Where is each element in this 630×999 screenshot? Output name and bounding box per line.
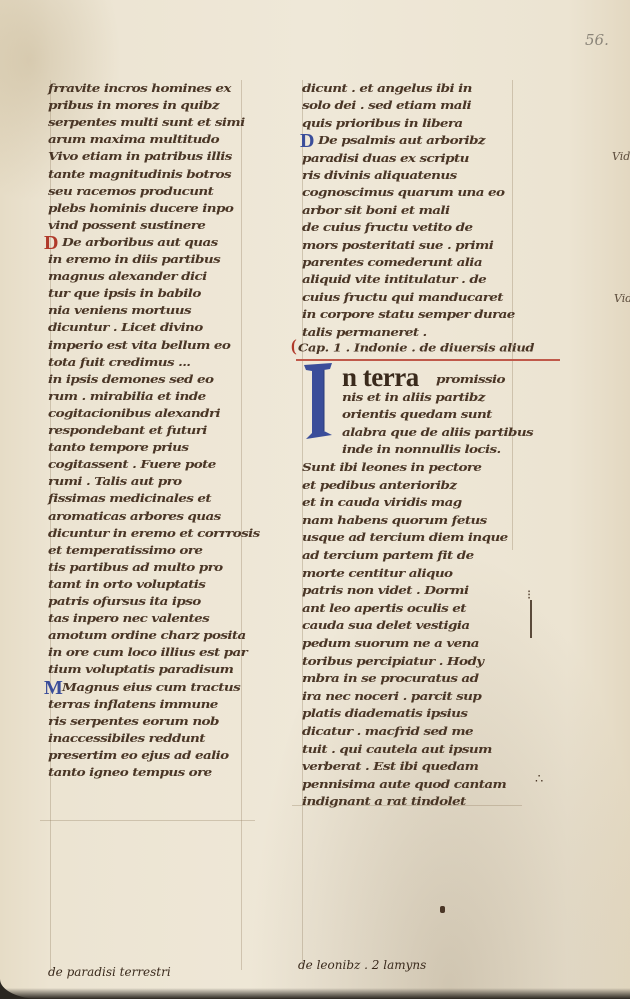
- manuscript-line: de cuius fructu vetito de: [302, 221, 472, 234]
- margin-bracket-line: [530, 600, 532, 638]
- manuscript-line: inde in nonnullis locis.: [342, 443, 501, 456]
- page-edge-shadow: [0, 988, 630, 999]
- manuscript-line: ris serpentes eorum nob: [48, 715, 219, 728]
- manuscript-line: respondebant et futuri: [48, 424, 207, 437]
- manuscript-line: tante magnitudinis botros: [48, 168, 231, 181]
- manuscript-line: mors posteritati sue . primi: [302, 239, 493, 252]
- manuscript-line: platis diadematis ipsius: [302, 707, 467, 720]
- manuscript-line: serpentes multi sunt et simi: [48, 116, 245, 129]
- manuscript-line: cogitacionibus alexandri: [48, 407, 220, 420]
- ink-blot: [440, 906, 445, 913]
- manuscript-line: usque ad tercium diem inque: [302, 531, 508, 544]
- manuscript-line: cauda sua delet vestigia: [302, 619, 470, 632]
- rubric-initial-mark: (: [291, 336, 297, 356]
- manuscript-line: magnus alexander dici: [48, 270, 207, 283]
- manuscript-line: tas inpero nec valentes: [48, 612, 209, 625]
- manuscript-line: paradisi duas ex scriptu: [302, 152, 469, 165]
- ruling-line: [40, 820, 255, 821]
- manuscript-line: De psalmis aut arboribz: [318, 134, 485, 147]
- decorated-initial: D: [300, 130, 314, 153]
- incipit-text: n terra: [342, 362, 419, 393]
- manuscript-line: arbor sit boni et mali: [302, 204, 449, 217]
- decorated-initial: M: [44, 677, 63, 700]
- manuscript-line: et in cauda viridis mag: [302, 496, 462, 509]
- manuscript-line: orientis quedam sunt: [342, 408, 492, 421]
- manuscript-line: aromaticas arbores quas: [48, 510, 221, 523]
- bottom-catchword-left: de paradisi terrestri: [48, 965, 171, 979]
- manuscript-line: tanto tempore prius: [48, 441, 188, 454]
- manuscript-line: alabra que de aliis partibus: [342, 426, 533, 439]
- manuscript-line: rumi . Talis aut pro: [48, 475, 182, 488]
- margin-note: Vide: [612, 150, 630, 163]
- manuscript-line: tota fuit credimus ...: [48, 356, 190, 369]
- manuscript-line: ira nec noceri . parcit sup: [302, 690, 481, 703]
- bottom-catchword-center: de leonibz . 2 lamyns: [298, 958, 426, 972]
- manuscript-line: pedum suorum ne a vena: [302, 637, 479, 650]
- manuscript-line: arum maxima multitudo: [48, 133, 219, 146]
- manuscript-line: vind possent sustinere: [48, 219, 205, 232]
- manuscript-line: et temperatissimo ore: [48, 544, 202, 557]
- manuscript-line: dicuntur in eremo et corrrosis: [48, 527, 260, 540]
- manuscript-line: solo dei . sed etiam mali: [302, 99, 471, 112]
- manuscript-line: in corpore statu semper durae: [302, 308, 515, 321]
- manuscript-line: in ipsis demones sed eo: [48, 373, 213, 386]
- manuscript-line: tuit . qui cautela aut ipsum: [302, 743, 492, 756]
- manuscript-line: amotum ordine charz posita: [48, 629, 246, 642]
- manuscript-line: morte centitur aliquo: [302, 567, 452, 580]
- manuscript-line: tanto igneo tempus ore: [48, 766, 212, 779]
- manuscript-line: ad tercium partem fit de: [302, 549, 474, 562]
- manuscript-line: presertim eo ejus ad ealio: [48, 749, 229, 762]
- manuscript-line: tis partibus ad multo pro: [48, 561, 223, 574]
- manuscript-line: cognoscimus quarum una eo: [302, 186, 504, 199]
- folio-number: 56.: [585, 31, 609, 49]
- margin-dots: ∴: [535, 772, 543, 787]
- manuscript-line: et pedibus anterioribz: [302, 479, 456, 492]
- manuscript-line: indignant a rat tindolet: [302, 795, 466, 808]
- manuscript-line: imperio est vita bellum eo: [48, 339, 230, 352]
- manuscript-line: tur que ipsis in babilo: [48, 287, 201, 300]
- manuscript-line: seu racemos producunt: [48, 185, 213, 198]
- manuscript-line: cuius fructu qui manducaret: [302, 291, 503, 304]
- manuscript-line: terras inflatens immune: [48, 698, 218, 711]
- manuscript-line: nam habens quorum fetus: [302, 514, 487, 527]
- manuscript-line: in ore cum loco illius est par: [48, 646, 247, 659]
- chapter-rubric: Cap. 1 . Indonie . de diuersis aliud: [298, 342, 534, 355]
- manuscript-line: quis prioribus in libera: [302, 117, 463, 130]
- manuscript-line: rum . mirabilia et inde: [48, 390, 206, 403]
- manuscript-line: ant leo apertis oculis et: [302, 602, 466, 615]
- manuscript-line: nia veniens mortuus: [48, 304, 191, 317]
- manuscript-line: verberat . Est ibi quedam: [302, 760, 478, 773]
- manuscript-line: Magnus eius cum tractus: [62, 681, 240, 694]
- ruling-line: [241, 80, 242, 970]
- manuscript-line: frravite incros homines ex: [48, 82, 231, 95]
- manuscript-line: mbra in se procuratus ad: [302, 672, 478, 685]
- manuscript-line: De arboribus aut quas: [62, 236, 218, 249]
- manuscript-line: in eremo in diis partibus: [48, 253, 220, 266]
- decorated-initial-i: [302, 361, 336, 441]
- manuscript-line: patris ofursus ita ipso: [48, 595, 201, 608]
- manuscript-line: dicuntur . Licet divino: [48, 321, 203, 334]
- manuscript-line: cogitassent . Fuere pote: [48, 458, 216, 471]
- manuscript-line: talis permaneret .: [302, 326, 427, 339]
- manuscript-line: toribus percipiatur . Hody: [302, 655, 484, 668]
- manuscript-line: pennisima aute quod cantam: [302, 778, 506, 791]
- manuscript-line: aliquid vite intitulatur . de: [302, 273, 486, 286]
- manuscript-line: tium voluptatis paradisum: [48, 663, 233, 676]
- manuscript-line: parentes comederunt alia: [302, 256, 482, 269]
- manuscript-line: inaccessibiles reddunt: [48, 732, 205, 745]
- manuscript-line: dicatur . macfrid sed me: [302, 725, 473, 738]
- manuscript-line: dicunt . et angelus ibi in: [302, 82, 472, 95]
- manuscript-line: ris divinis aliquatenus: [302, 169, 457, 182]
- manuscript-line: tamt in orto voluptatis: [48, 578, 205, 591]
- manuscript-line: fissimas medicinales et: [48, 492, 211, 505]
- manuscript-line: promissio: [436, 373, 505, 386]
- manuscript-line: Vivo etiam in patribus illis: [48, 150, 232, 163]
- manuscript-page: 56. frravite incros homines expribus in …: [0, 0, 630, 999]
- decorated-initial: D: [44, 232, 58, 255]
- manuscript-line: pribus in mores in quibz: [48, 99, 219, 112]
- manuscript-line: patris non videt . Dormi: [302, 584, 468, 597]
- manuscript-line: plebs hominis ducere inpo: [48, 202, 233, 215]
- manuscript-line: Sunt ibi leones in pectore: [302, 461, 481, 474]
- margin-note: Vide: [614, 292, 630, 305]
